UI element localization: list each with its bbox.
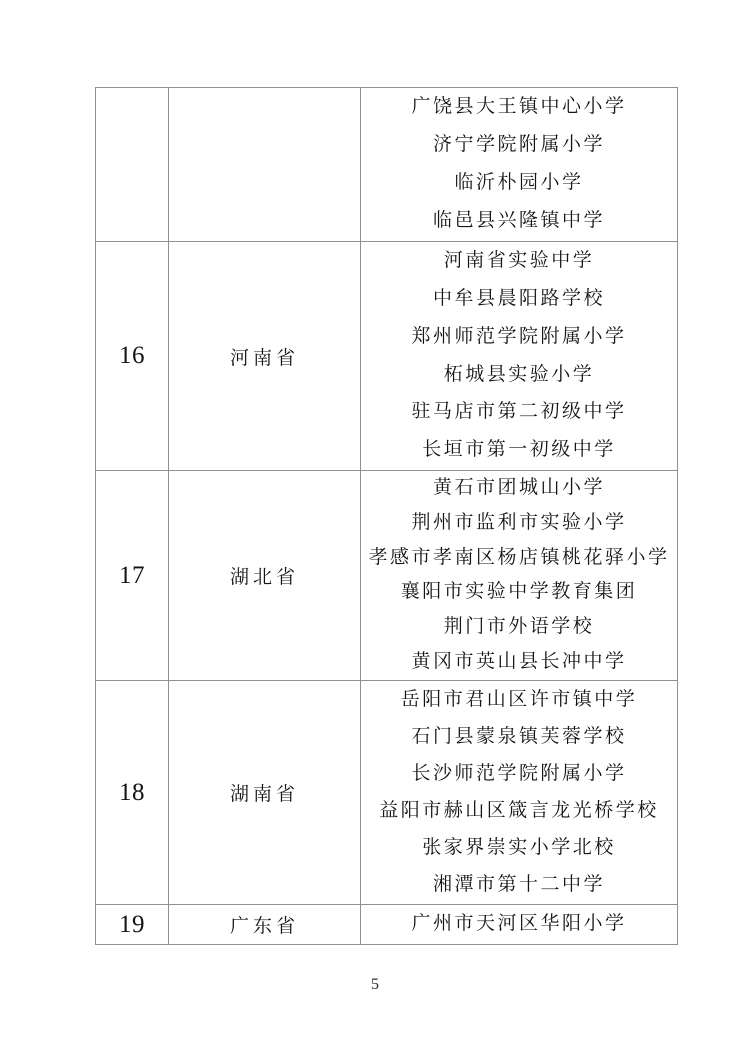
schools-cell: 广饶县大王镇中心小学济宁学院附属小学临沂朴园小学临邑县兴隆镇中学 [361,88,678,242]
school-name: 临邑县兴隆镇中学 [433,210,605,233]
school-name: 湘潭市第十二中学 [433,874,605,897]
school-name: 郑州师范学院附属小学 [411,326,626,349]
table-row: 19广东省广州市天河区华阳小学 [96,905,678,945]
school-name: 益阳市赫山区箴言龙光桥学校 [379,800,659,823]
school-roster-table: 广饶县大王镇中心小学济宁学院附属小学临沂朴园小学临邑县兴隆镇中学16河南省河南省… [95,87,678,945]
school-list: 黄石市团城山小学荆州市监利市实验小学孝感市孝南区杨店镇桃花驿小学襄阳市实验中学教… [361,472,677,680]
table-row: 16河南省河南省实验中学中牟县晨阳路学校郑州师范学院附属小学柘城县实验小学驻马店… [96,242,678,471]
province-cell [169,88,361,242]
school-name: 广州市天河区华阳小学 [411,913,626,936]
row-number-cell: 18 [96,681,169,905]
school-name: 中牟县晨阳路学校 [433,288,605,311]
school-list: 广州市天河区华阳小学 [361,906,677,944]
school-name: 岳阳市君山区许市镇中学 [401,689,638,712]
row-number-cell: 19 [96,905,169,945]
province-cell: 广东省 [169,905,361,945]
school-name: 张家界崇实小学北校 [422,837,616,860]
table-row: 17湖北省黄石市团城山小学荆州市监利市实验小学孝感市孝南区杨店镇桃花驿小学襄阳市… [96,471,678,681]
page-number: 5 [0,976,750,994]
schools-cell: 广州市天河区华阳小学 [361,905,678,945]
school-name: 长沙师范学院附属小学 [411,763,626,786]
school-name: 黄冈市英山县长冲中学 [411,651,626,674]
schools-cell: 黄石市团城山小学荆州市监利市实验小学孝感市孝南区杨店镇桃花驿小学襄阳市实验中学教… [361,471,678,681]
school-name: 驻马店市第二初级中学 [411,401,626,424]
schools-cell: 河南省实验中学中牟县晨阳路学校郑州师范学院附属小学柘城县实验小学驻马店市第二初级… [361,242,678,471]
school-name: 河南省实验中学 [444,250,595,273]
school-name: 黄石市团城山小学 [433,477,605,500]
table-row: 18湖南省岳阳市君山区许市镇中学石门县蒙泉镇芙蓉学校长沙师范学院附属小学益阳市赫… [96,681,678,905]
school-name: 孝感市孝南区杨店镇桃花驿小学 [368,547,669,570]
school-name: 广饶县大王镇中心小学 [411,96,626,119]
province-cell: 河南省 [169,242,361,471]
schools-cell: 岳阳市君山区许市镇中学石门县蒙泉镇芙蓉学校长沙师范学院附属小学益阳市赫山区箴言龙… [361,681,678,905]
school-name: 荆门市外语学校 [444,616,595,639]
school-name: 襄阳市实验中学教育集团 [401,581,638,604]
row-number-cell [96,88,169,242]
school-name: 临沂朴园小学 [454,172,583,195]
province-cell: 湖南省 [169,681,361,905]
school-name: 石门县蒙泉镇芙蓉学校 [411,726,626,749]
school-list: 河南省实验中学中牟县晨阳路学校郑州师范学院附属小学柘城县实验小学驻马店市第二初级… [361,243,677,470]
school-name: 柘城县实验小学 [444,364,595,387]
school-list: 岳阳市君山区许市镇中学石门县蒙泉镇芙蓉学校长沙师范学院附属小学益阳市赫山区箴言龙… [361,682,677,904]
row-number-cell: 17 [96,471,169,681]
row-number-cell: 16 [96,242,169,471]
roster-table-body: 广饶县大王镇中心小学济宁学院附属小学临沂朴园小学临邑县兴隆镇中学16河南省河南省… [96,88,678,945]
document-page: 广饶县大王镇中心小学济宁学院附属小学临沂朴园小学临邑县兴隆镇中学16河南省河南省… [0,0,750,1061]
school-list: 广饶县大王镇中心小学济宁学院附属小学临沂朴园小学临邑县兴隆镇中学 [361,89,677,241]
school-name: 济宁学院附属小学 [433,134,605,157]
school-name: 荆州市监利市实验小学 [411,512,626,535]
province-cell: 湖北省 [169,471,361,681]
table-row: 广饶县大王镇中心小学济宁学院附属小学临沂朴园小学临邑县兴隆镇中学 [96,88,678,242]
school-name: 长垣市第一初级中学 [422,439,616,462]
